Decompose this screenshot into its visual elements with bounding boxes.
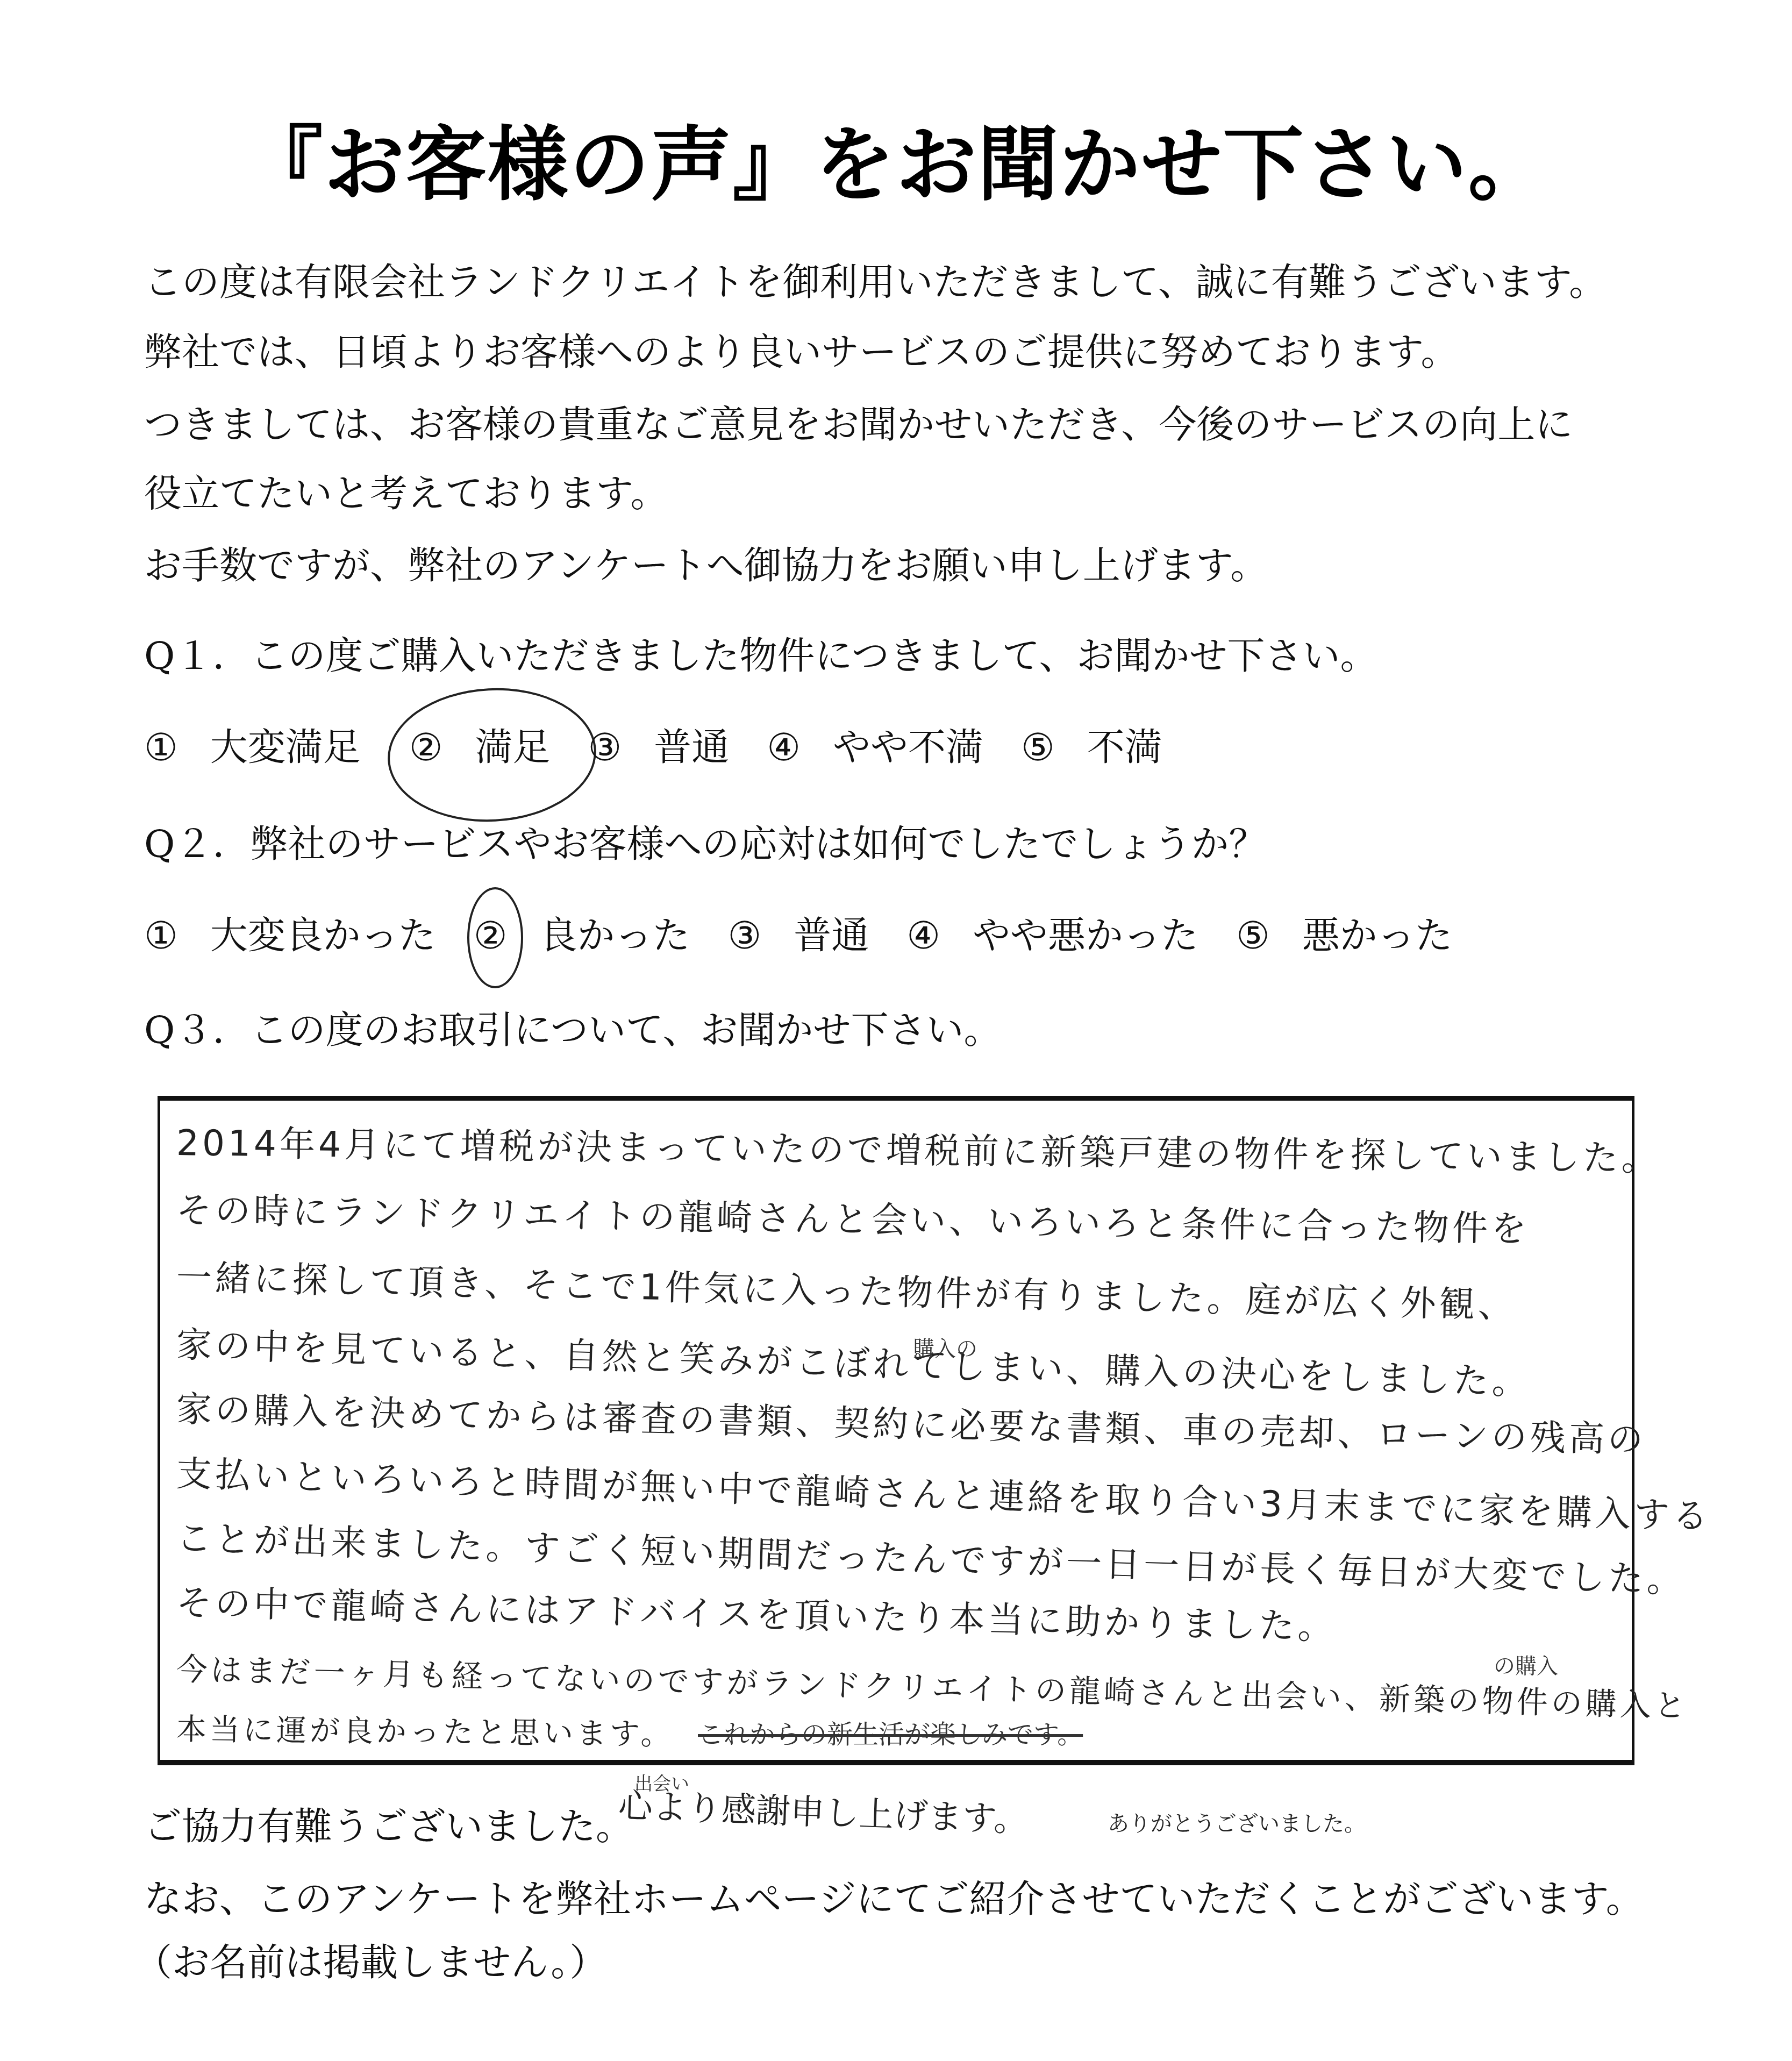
intro-line-1: この度は有限会社ランドクリエイトを御利用いただきまして、誠に有難うございます。	[144, 258, 1607, 306]
page-title: 『お客様の声』をお聞かせ下さい。	[0, 99, 1792, 216]
q2-option-3[interactable]: ③ 普通	[728, 911, 869, 960]
option-number: ④	[906, 911, 940, 960]
intro-line-2: 弊社では、日頃よりお客様へのより良いサービスのご提供に努めております。	[144, 328, 1458, 376]
name-privacy-note: （お名前は掲載しません。）	[134, 1938, 607, 1987]
q2-question: Q２．弊社のサービスやお客様への応対は如何でしたでしょうか？	[144, 820, 1266, 868]
q2-option-2-selected[interactable]: ② 良かった	[474, 911, 690, 960]
q1-option-4[interactable]: ④ やや不満	[767, 723, 983, 772]
answer-line-10: 本当に運が良かったと思います。	[176, 1706, 674, 1754]
option-label: 良かった	[540, 911, 690, 960]
handwritten-thanks-small: ありがとうございました。	[1108, 1807, 1366, 1837]
q1-option-2-selected[interactable]: ② 満足	[409, 723, 551, 772]
option-label: やや不満	[833, 723, 983, 772]
option-label: 大変良かった	[210, 911, 436, 960]
option-number: ⑤	[1236, 911, 1270, 960]
q1-option-3[interactable]: ③ 普通	[588, 723, 730, 772]
option-number: ①	[144, 911, 178, 960]
q2-options: ① 大変良かった ② 良かった ③ 普通 ④ やや悪かった ⑤ 悪かった	[144, 911, 1490, 960]
q1-options: ① 大変満足 ② 満足 ③ 普通 ④ やや不満 ⑤ 不満	[144, 723, 1200, 772]
handwritten-thanks: 心より感謝申し上げます。	[618, 1778, 1030, 1842]
option-number: ①	[144, 723, 178, 772]
publication-note: なお、このアンケートを弊社ホームページにてご紹介させていただくことがございます。	[144, 1875, 1644, 1923]
option-number: ②	[409, 723, 443, 772]
option-label: 悪かった	[1302, 911, 1453, 960]
option-number: ②	[474, 911, 508, 960]
intro-line-4: 役立てたいと考えております。	[144, 469, 668, 518]
option-label: 大変満足	[210, 723, 361, 772]
struck-out-text: これからの新生活が楽しみです。	[698, 1714, 1083, 1751]
q1-option-1[interactable]: ① 大変満足	[144, 723, 361, 772]
q1-question: Q１．この度ご購入いただきました物件につきまして、お聞かせ下さい。	[144, 632, 1378, 680]
q3-answer-box[interactable]: 2014年4月にて増税が決まっていたので増税前に新築戸建の物件を探していました。…	[158, 1096, 1634, 1765]
intro-line-3: つきましては、お客様の貴重なご意見をお聞かせいただき、今後のサービスの向上に	[144, 401, 1573, 449]
option-number: ⑤	[1021, 723, 1055, 772]
q2-option-1[interactable]: ① 大変良かった	[144, 911, 436, 960]
q2-option-4[interactable]: ④ やや悪かった	[906, 911, 1198, 960]
intro-line-5: お手数ですが、弊社のアンケートへ御協力をお願い申し上げます。	[144, 541, 1268, 590]
option-label: やや悪かった	[973, 911, 1198, 960]
q3-question: Q３．この度のお取引について、お聞かせ下さい。	[144, 1006, 1002, 1054]
option-label: 満足	[475, 723, 551, 772]
option-label: 普通	[654, 723, 729, 772]
answer-line-3: 一緒に探して頂き、そこで1件気に入った物件が有りました。庭が広く外観、	[176, 1249, 1517, 1328]
option-label: 不満	[1087, 723, 1162, 772]
q2-option-5[interactable]: ⑤ 悪かった	[1236, 911, 1453, 960]
option-number: ③	[728, 911, 762, 960]
q1-option-5[interactable]: ⑤ 不満	[1021, 723, 1162, 772]
option-number: ④	[767, 723, 801, 772]
answer-line-1: 2014年4月にて増税が決まっていたので増税前に新築戸建の物件を探していました。	[176, 1114, 1661, 1181]
thanks-line: ご協力有難うございました。	[144, 1802, 633, 1851]
answer-line-2: その時にランドクリエイトの龍崎さんと会い、いろいろと条件に合った物件を	[176, 1181, 1530, 1251]
option-number: ③	[588, 723, 622, 772]
option-label: 普通	[794, 911, 869, 960]
annotation-above-line-9: の購入	[1494, 1649, 1558, 1680]
annotation-above-line-4: 購入の	[913, 1332, 977, 1363]
